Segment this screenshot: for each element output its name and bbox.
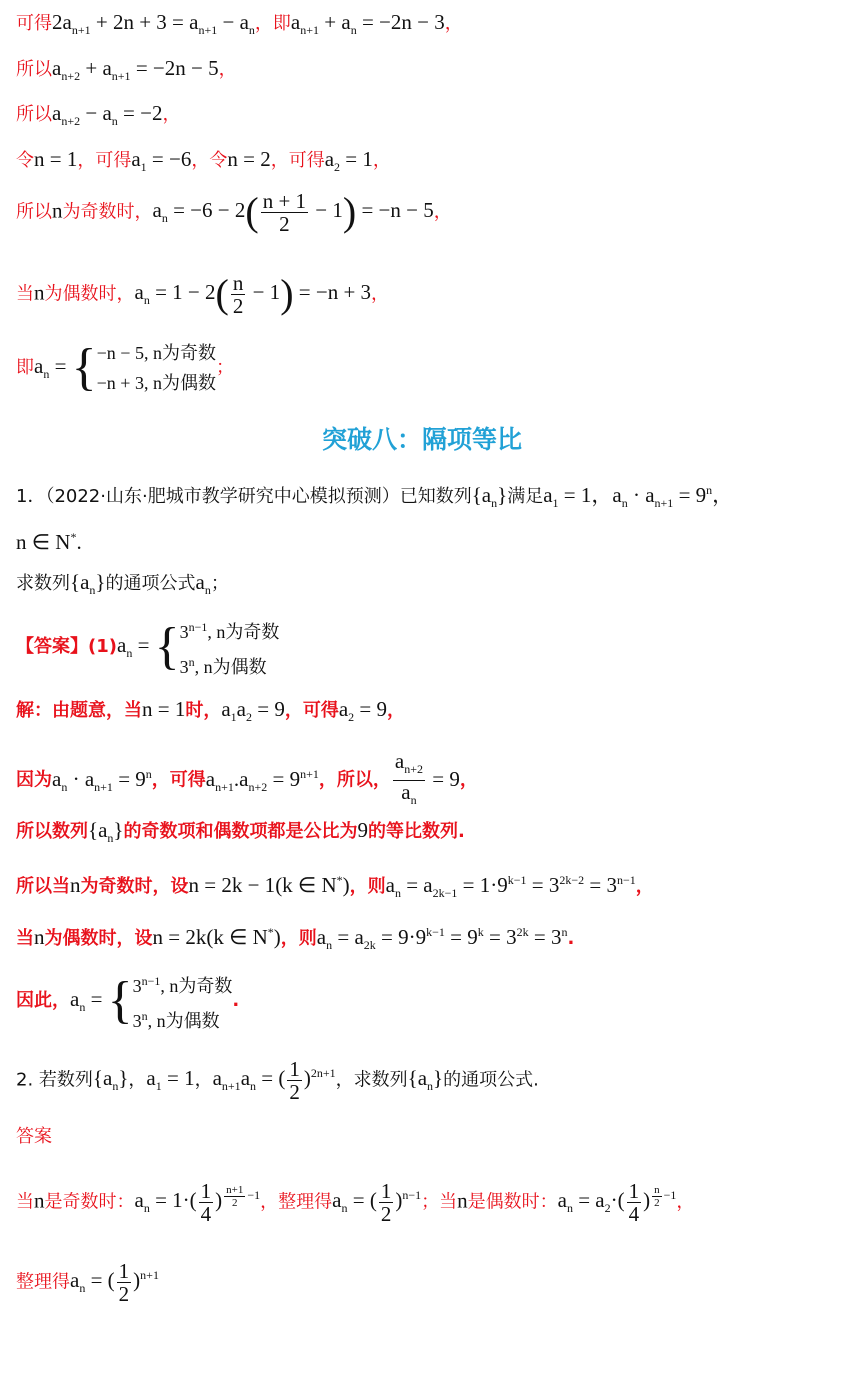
problem2-statement: 2. 若数列{an}，a1 = 1，an+1an = (12)2n+1，求数列{… [16,1058,539,1103]
derivation-line-3: 所以an+2 − an = −2， [16,101,180,133]
piecewise: {3n−1, n为奇数3n, n为偶数 [108,966,233,1036]
solution-line-2: 因为an · an+1 = 9n，可得an+1.an+2 = 9n+1，所以，a… [16,750,478,811]
formula: 2an+1 + 2n + 3 = an+1 − an [52,10,255,34]
problem1-statement: 1．（2022·山东·肥城市教学研究中心模拟预测）已知数列{an}满足a1 = … [16,478,733,515]
derivation-line-1: 可得2an+1 + 2n + 3 = an+1 − an，即an+1 + an … [16,10,463,42]
derivation-line-7: 即an = {−n − 5, n为奇数−n + 3, n为偶数； [16,338,234,398]
solution-line-5: 当n为偶数时，设n = 2k(k ∈ N*)，则an = a2k = 9·9k−… [16,920,574,957]
text: 可得 [16,13,52,34]
fraction: n + 12 [261,190,308,235]
problem1-domain: n ∈ N*. [16,525,82,555]
solution-line-4: 所以当n为奇数时，设n = 2k − 1(k ∈ N*)，则an = a2k−1… [16,868,654,905]
piecewise: {3n−1, n为奇数3n, n为偶数 [155,612,280,682]
fraction: n2 [231,272,246,317]
problem2-answer-line-2: 整理得an = (12)n+1 [16,1260,159,1305]
problem1-question: 求数列{an}的通项公式an； [16,570,229,602]
problem2-answer-label: 答案 [16,1124,52,1149]
fraction: 12 [287,1058,302,1103]
solution-line-1: 解：由题意，当n = 1时，a1a2 = 9，可得a2 = 9， [16,697,405,729]
fraction: an+2an [393,750,425,811]
problem1-answer: 【答案】(1)an = {3n−1, n为奇数3n, n为偶数 [16,612,279,682]
derivation-line-6: 当n为偶数时，an = 1 − 2(n2 − 1) = −n + 3， [16,272,389,317]
solution-line-3: 所以数列{an}的奇数项和偶数项都是公比为9的等比数列. [16,818,465,850]
solution-line-6: 因此，an = {3n−1, n为奇数3n, n为偶数. [16,966,239,1036]
piecewise: {−n − 5, n为奇数−n + 3, n为偶数 [72,338,216,398]
problem2-answer-line-1: 当n是奇数时：an = 1·(14)n+12−1，整理得an = (12)n−1… [16,1180,694,1225]
derivation-line-4: 令n = 1，可得a1 = −6，令n = 2，可得a2 = 1， [16,147,391,179]
derivation-line-5: 所以n为奇数时，an = −6 − 2(n + 12 − 1) = −n − 5… [16,190,452,235]
section-heading: 突破八：隔项等比 [0,420,844,456]
derivation-line-2: 所以an+2 + an+1 = −2n − 5， [16,56,237,88]
